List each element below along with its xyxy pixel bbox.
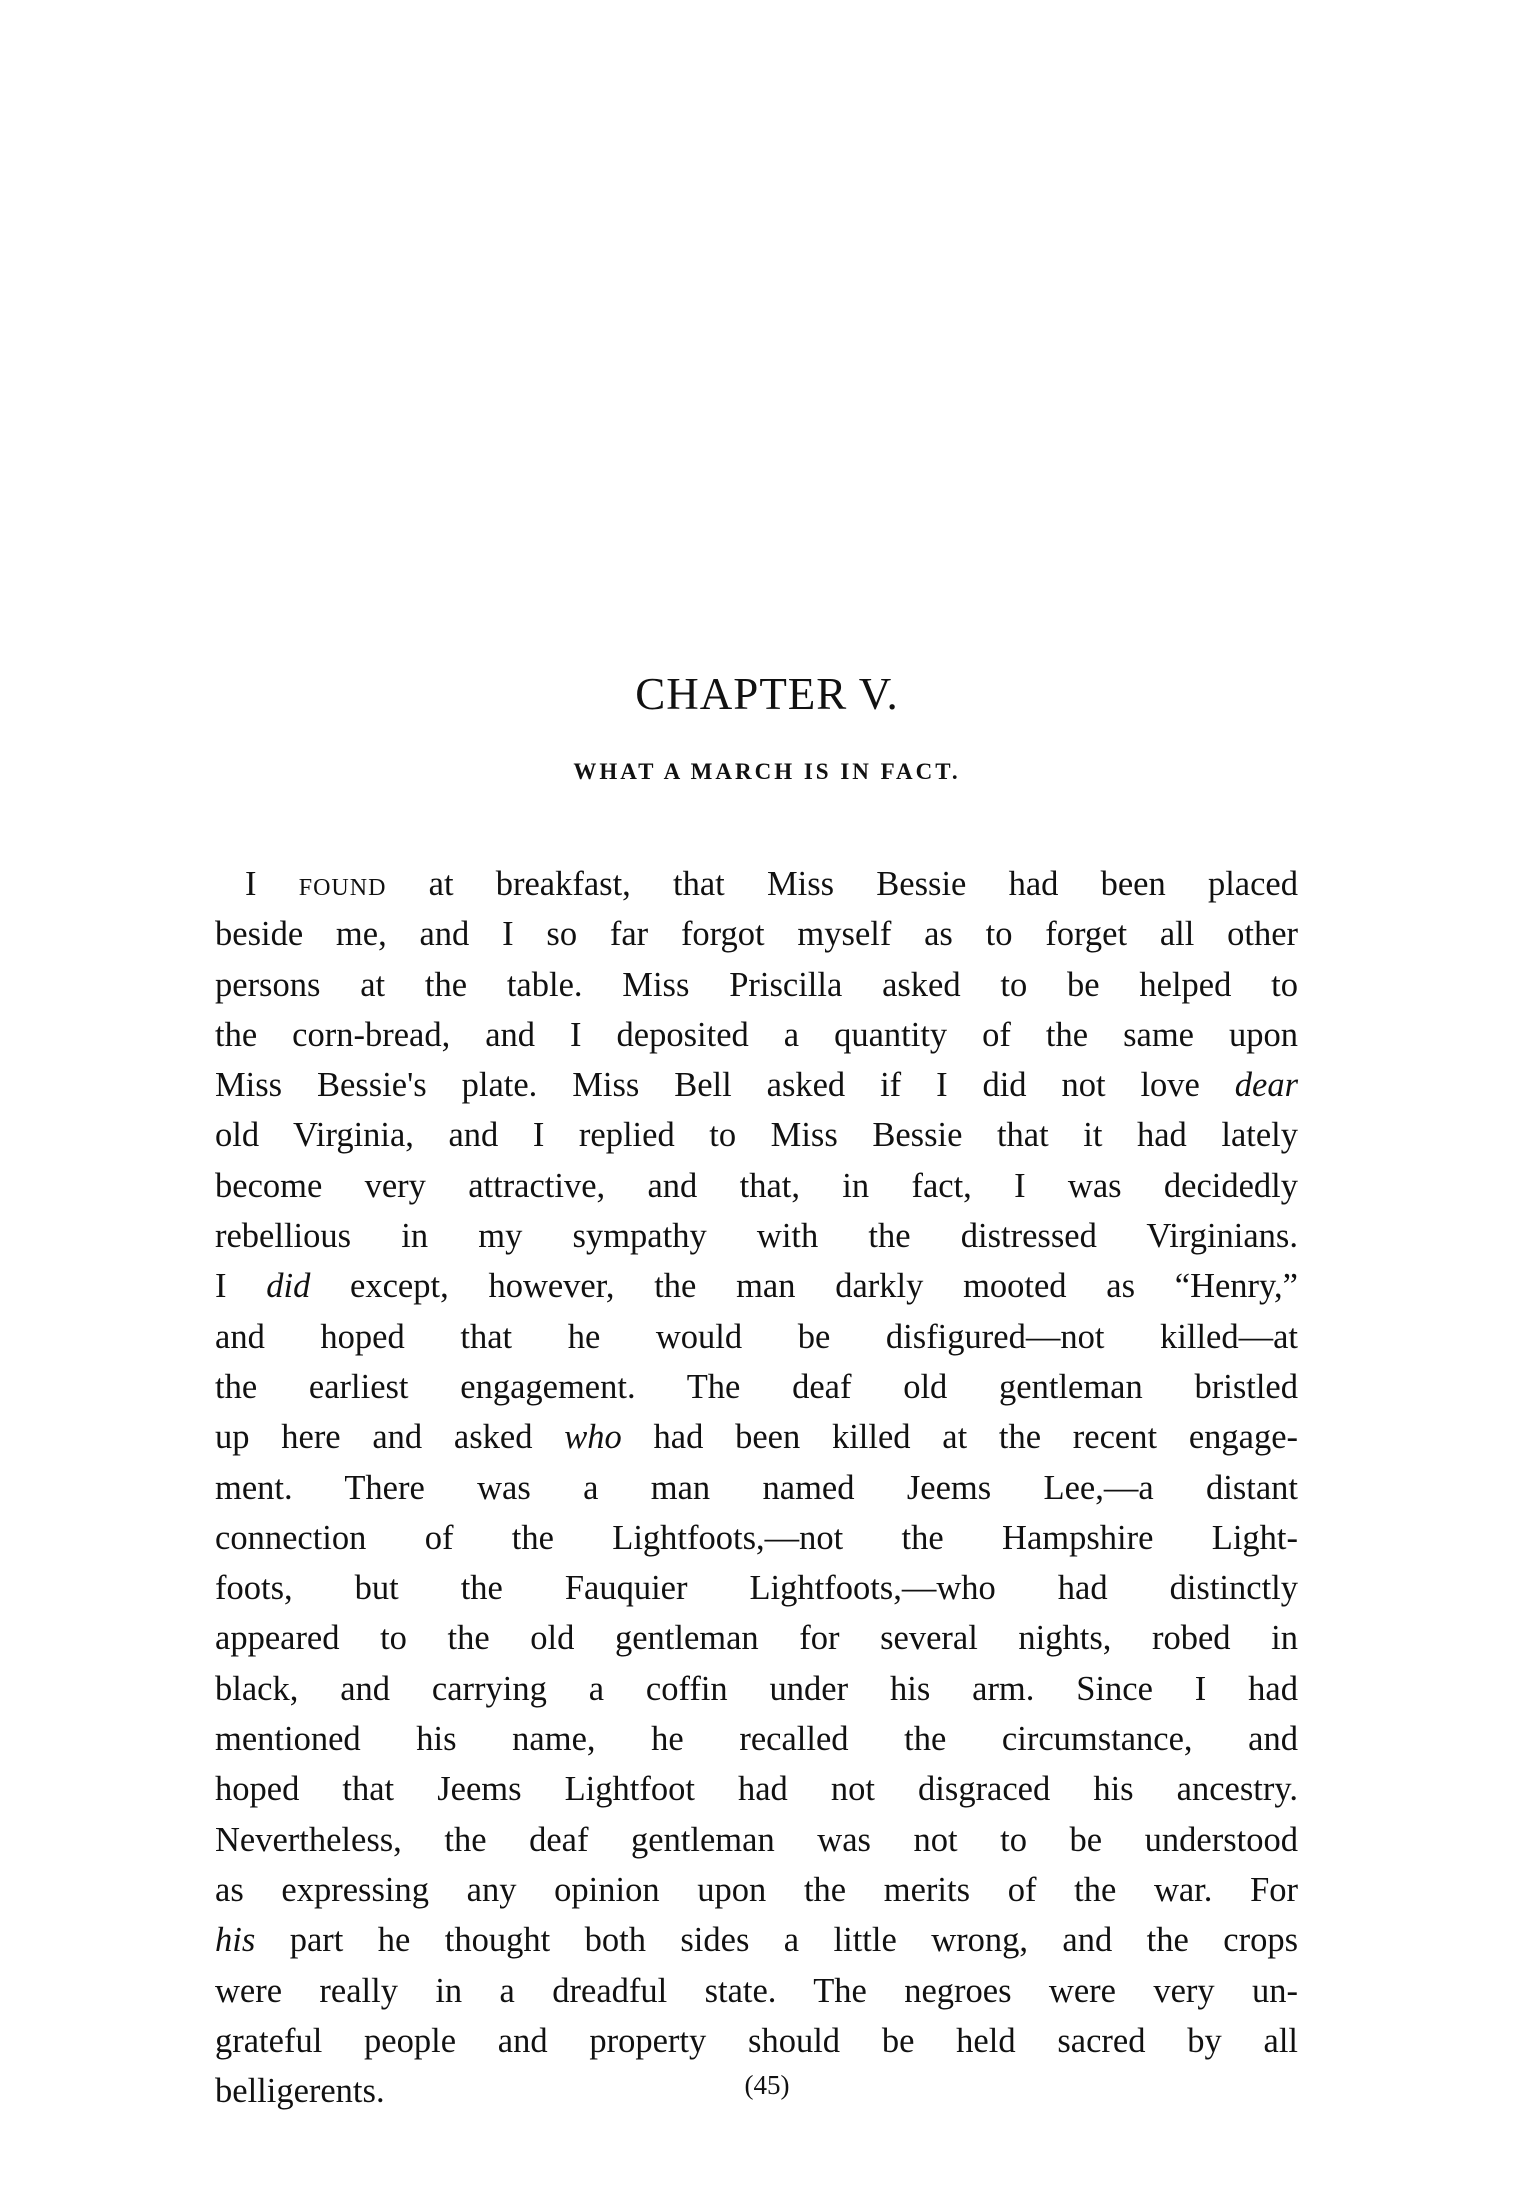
text-line: appeared to the old gentleman for severa… — [215, 1613, 1298, 1663]
text-line: I did except, however, the man darkly mo… — [215, 1261, 1298, 1311]
text-line: hoped that Jeems Lightfoot had not disgr… — [215, 1764, 1298, 1814]
chapter-title: CHAPTER V. — [0, 666, 1534, 722]
line-text: part he thought both sides a little wron… — [255, 1921, 1298, 1959]
body-paragraph: I found at breakfast, that Miss Bessie h… — [215, 859, 1298, 2116]
line-text: at breakfast, that Miss Bessie had been … — [386, 865, 1298, 903]
text-line: ment. There was a man named Jeems Lee,—a… — [215, 1463, 1298, 1513]
text-line: I found at breakfast, that Miss Bessie h… — [215, 859, 1298, 909]
text-line: persons at the table. Miss Priscilla ask… — [215, 960, 1298, 1010]
text-line: black, and carrying a coffin under his a… — [215, 1664, 1298, 1714]
lead-in-small-caps: found — [299, 865, 387, 903]
line-text: up here and asked — [215, 1418, 564, 1456]
text-line: were really in a dreadful state. The neg… — [215, 1966, 1298, 2016]
text-line: the earliest engagement. The deaf old ge… — [215, 1362, 1298, 1412]
italic-word: who — [564, 1418, 622, 1456]
text-line: foots, but the Fauquier Lightfoots,—who … — [215, 1563, 1298, 1613]
text-line: Miss Bessie's plate. Miss Bell asked if … — [215, 1060, 1298, 1110]
text-line: Nevertheless, the deaf gentleman was not… — [215, 1815, 1298, 1865]
text-line: his part he thought both sides a little … — [215, 1915, 1298, 1965]
text-line: up here and asked who had been killed at… — [215, 1412, 1298, 1462]
text-line: and hoped that he would be disfigured—no… — [215, 1312, 1298, 1362]
text-line: become very attractive, and that, in fac… — [215, 1161, 1298, 1211]
line-text: except, however, the man darkly mooted a… — [310, 1267, 1298, 1305]
text-line: mentioned his name, he recalled the circ… — [215, 1714, 1298, 1764]
text-line: connection of the Lightfoots,—not the Ha… — [215, 1513, 1298, 1563]
lead-in-word: I — [245, 865, 257, 903]
italic-word: dear — [1235, 1066, 1298, 1104]
text-line: grateful people and property should be h… — [215, 2016, 1298, 2066]
chapter-subtitle: WHAT A MARCH IS IN FACT. — [0, 758, 1534, 786]
italic-word: did — [266, 1267, 310, 1305]
text-line: old Virginia, and I replied to Miss Bess… — [215, 1110, 1298, 1160]
page-number: (45) — [0, 2068, 1534, 2102]
italic-word: his — [215, 1921, 255, 1959]
line-text: I — [215, 1267, 266, 1305]
line-text: had been killed at the recent engage- — [622, 1418, 1298, 1456]
text-line: beside me, and I so far forgot myself as… — [215, 909, 1298, 959]
text-line: rebellious in my sympathy with the distr… — [215, 1211, 1298, 1261]
text-line: as expressing any opinion upon the merit… — [215, 1865, 1298, 1915]
text-line: the corn-bread, and I deposited a quanti… — [215, 1010, 1298, 1060]
line-text: Miss Bessie's plate. Miss Bell asked if … — [215, 1066, 1235, 1104]
